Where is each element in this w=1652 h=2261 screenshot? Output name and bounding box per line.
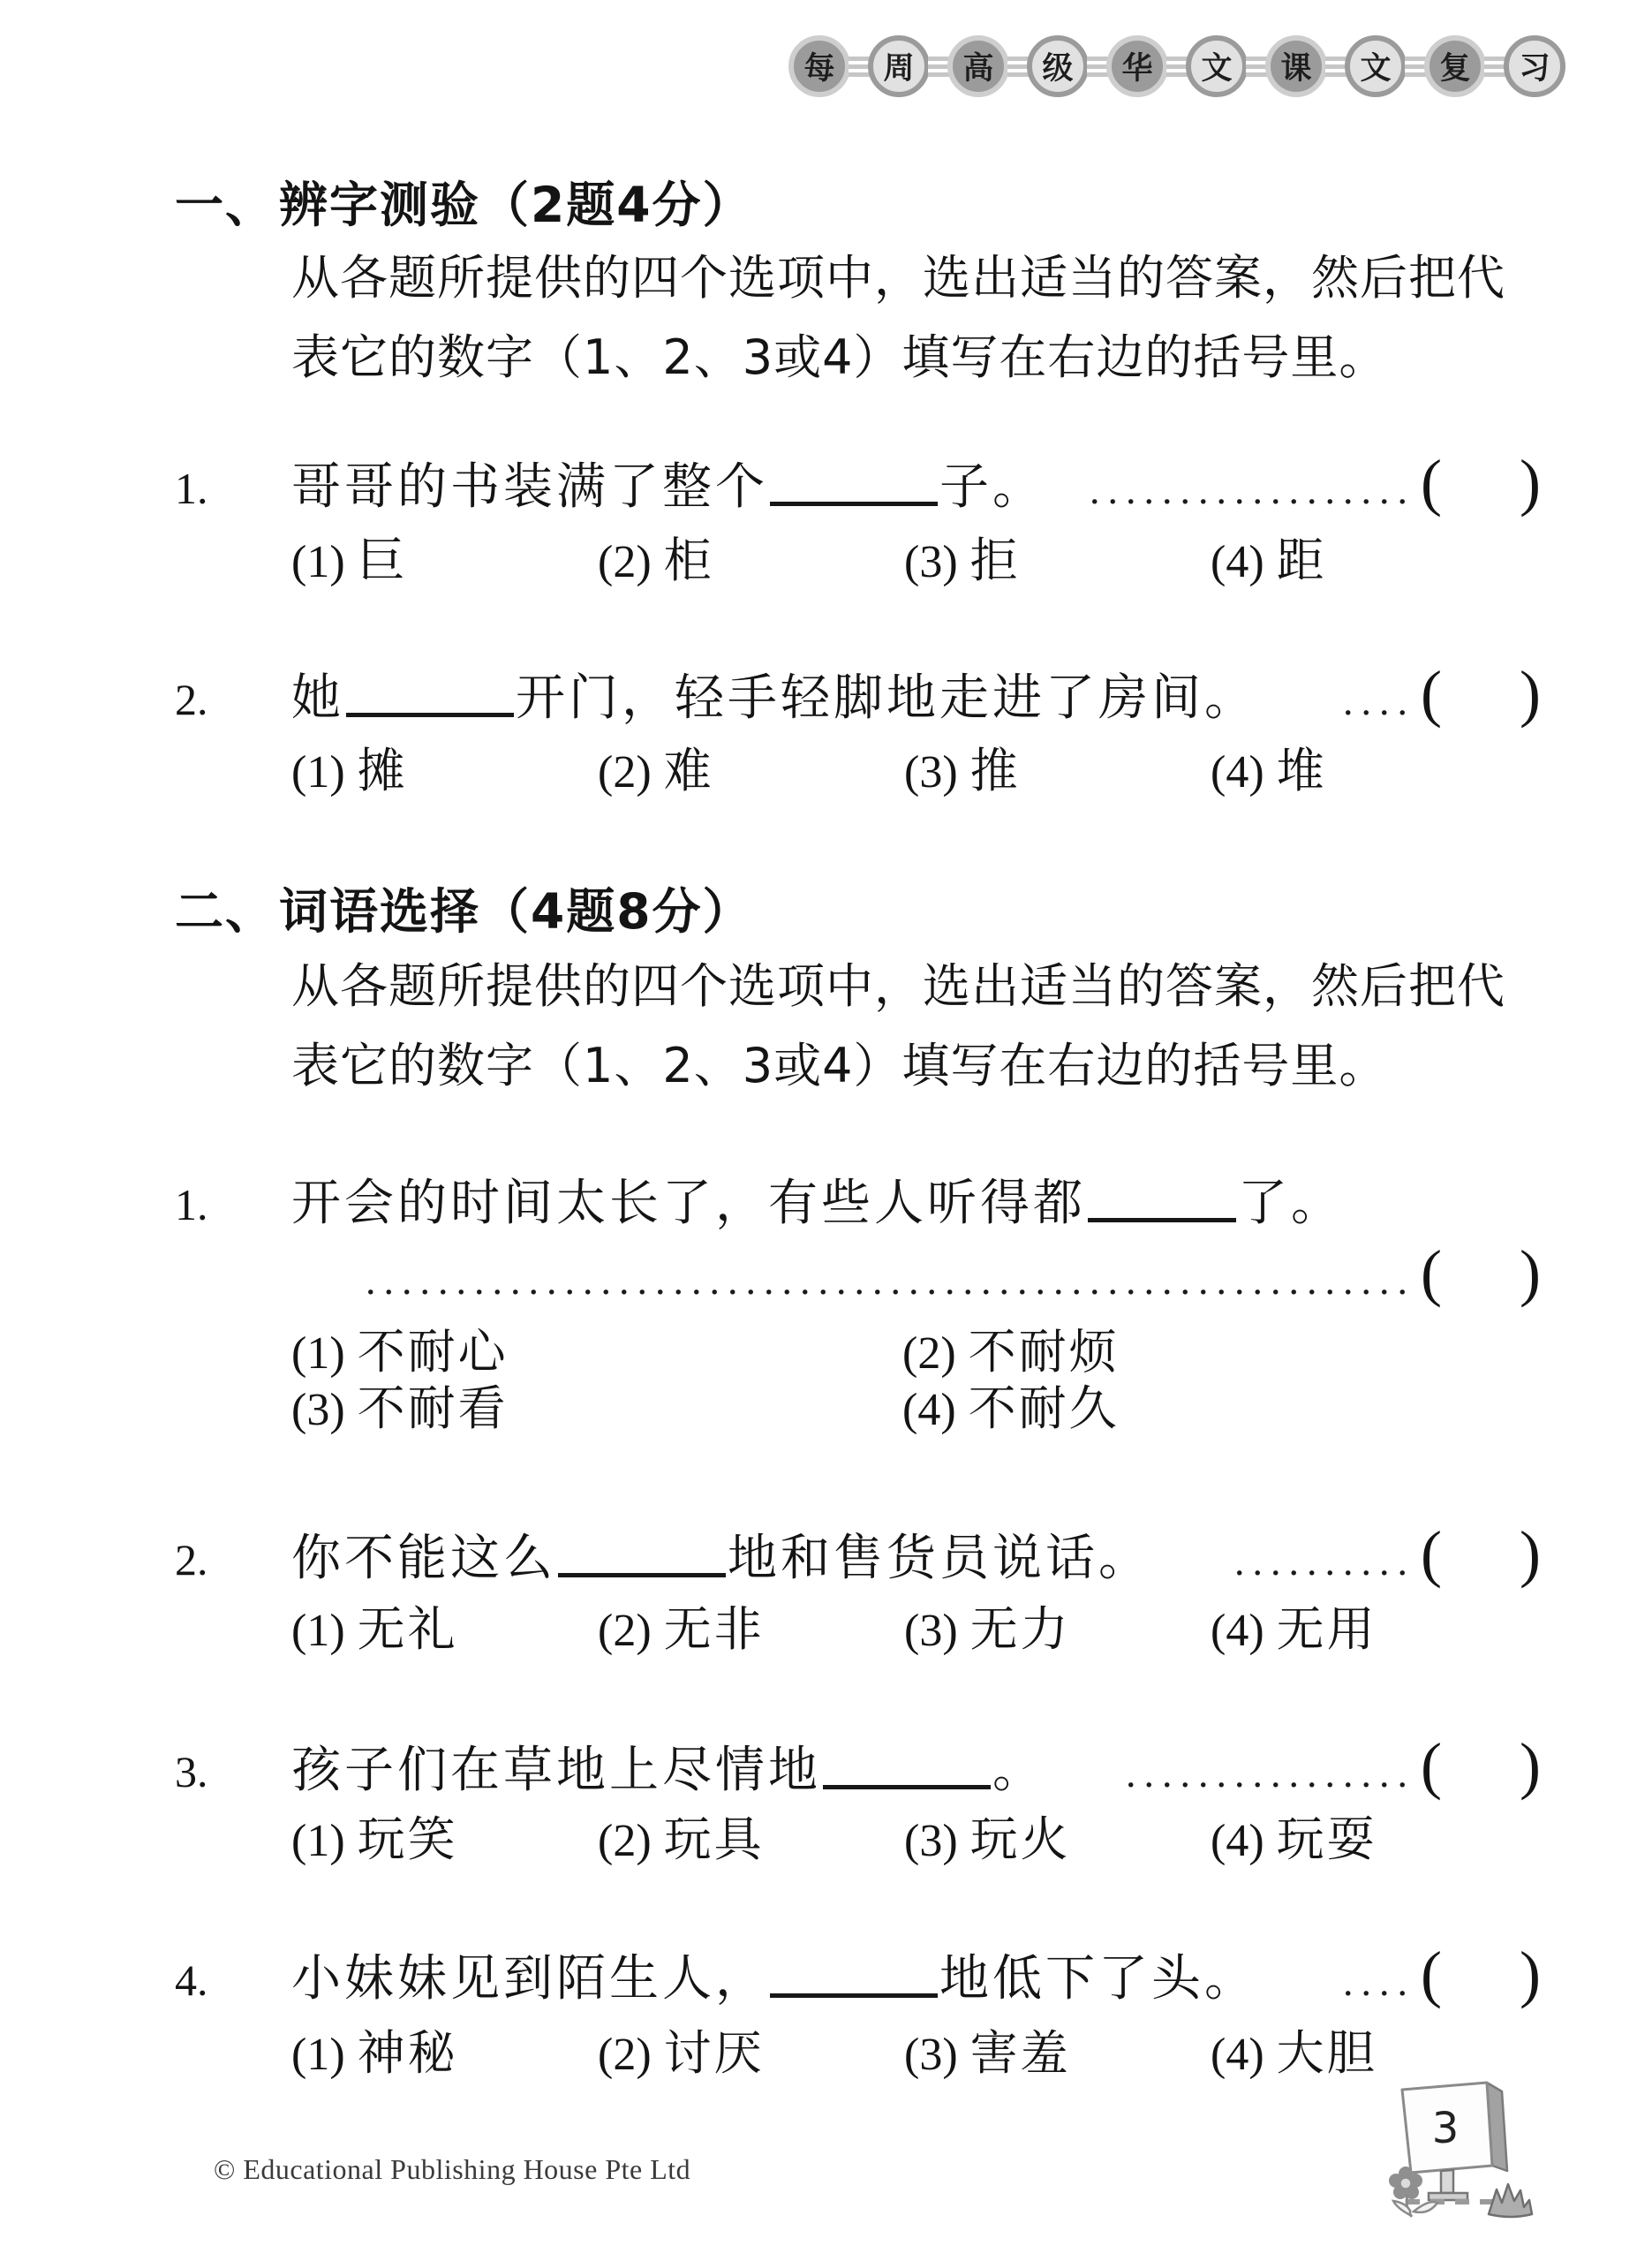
section1-heading-title: 辨字测验（2题4分） (279, 177, 753, 233)
option-label: (1) (291, 1816, 345, 1866)
option-text: 神秘 (358, 2027, 458, 2080)
section1-heading: 一、辨字测验（2题4分） (175, 166, 753, 236)
question-s1q1: 1. 哥哥的书装满了整个子。 .................. () (175, 446, 1541, 519)
option-text: 巨 (358, 534, 408, 587)
option-label: (2) (598, 1606, 652, 1656)
bracket-open: ( (1421, 446, 1442, 519)
bracket-open: ( (1421, 1517, 1442, 1591)
option-text: 拒 (970, 534, 1021, 587)
flower-icon (1389, 2166, 1437, 2217)
badge-connector (1246, 57, 1267, 77)
sentence-after-blank: 了。 (1238, 1176, 1344, 1231)
option-label: (3) (904, 2030, 958, 2080)
option-label: (3) (904, 537, 958, 587)
option-label: (4) (902, 1385, 956, 1435)
answer-blank (558, 1573, 726, 1577)
option-text: 距 (1277, 534, 1327, 587)
question-number: 2. (175, 1534, 291, 1585)
option-label: (4) (1211, 747, 1264, 798)
option-text: 柜 (664, 534, 714, 587)
option-label: (4) (1211, 537, 1264, 587)
options-s1q2: (1)摊 (2)难 (3)推 (4)堆 (291, 733, 1327, 801)
answer-blank (770, 1993, 938, 1998)
instruction-line: 从各题所提供的四个选项中，选出适当的答案，然后把代 (291, 947, 1505, 1026)
option-text: 堆 (1277, 745, 1327, 798)
option-label: (3) (904, 1606, 958, 1656)
option-1: (1)玩笑 (291, 1802, 598, 1870)
option-3: (3)害羞 (904, 2015, 1211, 2083)
question-sentence: 哥哥的书装满了整个子。 (291, 448, 1045, 518)
option-text: 玩具 (664, 1813, 765, 1866)
sentence-before-blank: 她 (291, 671, 344, 726)
question-number: 4. (175, 1955, 291, 2006)
badge-connector (1007, 57, 1029, 77)
answer-bracket: () (1421, 446, 1541, 519)
option-4: (4)大胆 (1211, 2015, 1377, 2083)
question-sentence: 小妹妹见到陌生人，地低下了头。 (291, 1940, 1257, 2010)
instruction-line: 从各题所提供的四个选项中，选出适当的答案，然后把代 (291, 238, 1505, 318)
section2-instructions: 从各题所提供的四个选项中，选出适当的答案，然后把代 表它的数字（1、2、3或4）… (291, 947, 1505, 1106)
option-label: (1) (291, 2030, 345, 2080)
option-4: (4)不耐久 (902, 1371, 1120, 1439)
answer-blank (1088, 1218, 1236, 1222)
option-4: (4)无用 (1211, 1592, 1377, 1660)
option-3: (3)无力 (904, 1592, 1211, 1660)
question-number: 1. (175, 1179, 291, 1230)
answer-bracket: () (1421, 1236, 1541, 1310)
answer-bracket: () (1421, 1517, 1541, 1591)
question-s2q4: 4. 小妹妹见到陌生人，地低下了头。 .... () (175, 1938, 1541, 2011)
question-s2q1: 1. 开会的时间太长了，有些人听得都了。 (175, 1164, 1541, 1235)
option-2: (2)柜 (598, 523, 904, 591)
bracket-close: ) (1520, 657, 1541, 730)
options-s1q1: (1)巨 (2)柜 (3)拒 (4)距 (291, 523, 1327, 591)
option-text: 玩笑 (358, 1813, 458, 1866)
dot-leader: ................ (1045, 1750, 1421, 1796)
option-2: (2)玩具 (598, 1802, 904, 1870)
option-text: 大胆 (1277, 2027, 1377, 2080)
sentence-before-blank: 开会的时间太长了，有些人听得都 (291, 1176, 1086, 1231)
section1-instructions: 从各题所提供的四个选项中，选出适当的答案，然后把代 表它的数字（1、2、3或4）… (291, 238, 1505, 397)
option-label: (3) (291, 1385, 345, 1435)
option-1: (1)巨 (291, 523, 598, 591)
grass-icon (1489, 2184, 1532, 2217)
header-badge: 周 (868, 35, 930, 97)
question-sentence: 你不能这么地和售货员说话。 (291, 1519, 1151, 1590)
option-label: (4) (1211, 1816, 1264, 1866)
option-text: 无非 (664, 1603, 765, 1656)
option-2: (2)无非 (598, 1592, 904, 1660)
option-label: (1) (291, 537, 345, 587)
sentence-after-blank: 地低下了头。 (939, 1952, 1257, 2007)
option-4: (4)距 (1211, 523, 1327, 591)
sentence-after-blank: 子。 (939, 460, 1045, 515)
dot-leader: ........................................… (291, 1257, 1421, 1304)
sentence-before-blank: 孩子们在草地上尽情地 (291, 1743, 821, 1798)
option-label: (2) (598, 2030, 652, 2080)
sentence-after-blank: 地和售货员说话。 (728, 1531, 1151, 1586)
answer-blank (346, 713, 514, 717)
options-s2q4: (1)神秘 (2)讨厌 (3)害羞 (4)大胆 (291, 2015, 1377, 2083)
badge-connector (849, 57, 870, 77)
header-badge: 高 (947, 35, 1009, 97)
badge-connector (928, 57, 949, 77)
bracket-close: ) (1520, 1236, 1541, 1310)
badge-connector (1166, 57, 1188, 77)
option-text: 摊 (358, 745, 408, 798)
option-3: (3)玩火 (904, 1802, 1211, 1870)
dot-leader: .................. (1045, 466, 1421, 513)
question-s1q2: 2. 她开门，轻手轻脚地走进了房间。 .... () (175, 657, 1541, 730)
options-s2q2: (1)无礼 (2)无非 (3)无力 (4)无用 (291, 1592, 1377, 1660)
section2-heading: 二、词语选择（4题8分） (175, 873, 753, 942)
bracket-open: ( (1421, 1729, 1442, 1803)
sentence-before-blank: 你不能这么 (291, 1531, 556, 1586)
option-2: (2)难 (598, 733, 904, 801)
header-badge: 级 (1027, 35, 1089, 97)
question-number: 3. (175, 1746, 291, 1797)
option-text: 无礼 (358, 1603, 458, 1656)
answer-bracket: () (1421, 1729, 1541, 1803)
bracket-close: ) (1520, 1517, 1541, 1591)
answer-bracket: () (1421, 657, 1541, 730)
option-text: 无力 (970, 1603, 1071, 1656)
option-text: 不耐久 (969, 1382, 1120, 1435)
sentence-after-blank: 开门，轻手轻脚地走进了房间。 (516, 671, 1257, 726)
option-label: (2) (598, 747, 652, 798)
instruction-line: 表它的数字（1、2、3或4）填写在右边的括号里。 (291, 1026, 1505, 1106)
sign-post (1441, 2170, 1453, 2193)
page-number: 3 (1432, 2104, 1460, 2153)
sentence-after-blank: 。 (992, 1743, 1045, 1798)
header-badge: 课 (1265, 35, 1327, 97)
header-badge: 文 (1345, 35, 1407, 97)
options-s2q1-row2: (3)不耐看 (4)不耐久 (291, 1371, 1120, 1439)
instruction-line: 表它的数字（1、2、3或4）填写在右边的括号里。 (291, 318, 1505, 397)
answer-bracket: () (1421, 1938, 1541, 2011)
option-2: (2)讨厌 (598, 2015, 904, 2083)
option-label: (2) (598, 1816, 652, 1866)
question-sentence: 她开门，轻手轻脚地走进了房间。 (291, 659, 1257, 730)
question-s2q1-leader-row: ........................................… (291, 1236, 1541, 1310)
option-text: 讨厌 (664, 2027, 765, 2080)
option-text: 不耐看 (358, 1382, 509, 1435)
option-label: (1) (291, 747, 345, 798)
option-label: (2) (598, 537, 652, 587)
section2-heading-marker: 二、 (175, 883, 275, 940)
question-s2q3: 3. 孩子们在草地上尽情地。 ................ () (175, 1729, 1541, 1803)
bracket-open: ( (1421, 657, 1442, 730)
answer-blank (770, 502, 938, 506)
question-number: 1. (175, 463, 291, 514)
bracket-close: ) (1520, 446, 1541, 519)
option-1: (1)神秘 (291, 2015, 598, 2083)
option-text: 难 (664, 745, 714, 798)
copyright-line: © Educational Publishing House Pte Ltd (214, 2153, 690, 2186)
header-badges: 每周高级华文课文复习 (788, 35, 1565, 97)
header-badge: 习 (1504, 35, 1565, 97)
option-4: (4)堆 (1211, 733, 1327, 801)
section1-heading-marker: 一、 (175, 177, 275, 233)
sentence-before-blank: 哥哥的书装满了整个 (291, 460, 768, 515)
bracket-open: ( (1421, 1236, 1442, 1310)
dot-leader: .... (1257, 677, 1421, 724)
option-3: (3)拒 (904, 523, 1211, 591)
bracket-close: ) (1520, 1729, 1541, 1803)
option-4: (4)玩耍 (1211, 1802, 1377, 1870)
badge-connector (1087, 57, 1108, 77)
question-s2q2: 2. 你不能这么地和售货员说话。 .......... () (175, 1517, 1541, 1591)
question-sentence: 开会的时间太长了，有些人听得都了。 (291, 1164, 1344, 1235)
option-label: (1) (291, 1606, 345, 1656)
header-badge: 华 (1106, 35, 1168, 97)
page-number-sign: 3 (1384, 2077, 1565, 2234)
dot-leader: .......... (1151, 1538, 1421, 1584)
option-text: 玩耍 (1277, 1813, 1377, 1866)
sentence-before-blank: 小妹妹见到陌生人， (291, 1952, 768, 2007)
option-text: 玩火 (970, 1813, 1071, 1866)
page-sign-illustration: 3 (1384, 2077, 1565, 2229)
option-1: (1)无礼 (291, 1592, 598, 1660)
option-label: (4) (1211, 2030, 1264, 2080)
option-text: 无用 (1277, 1603, 1377, 1656)
header-badge: 每 (788, 35, 850, 97)
bracket-open: ( (1421, 1938, 1442, 2011)
section2-heading-title: 词语选择（4题8分） (279, 883, 753, 940)
badge-connector (1325, 57, 1346, 77)
option-1: (1)摊 (291, 733, 598, 801)
header-badge: 复 (1424, 35, 1486, 97)
question-number: 2. (175, 674, 291, 725)
bracket-close: ) (1520, 1938, 1541, 2011)
option-text: 害羞 (970, 2027, 1071, 2080)
answer-blank (823, 1785, 991, 1789)
option-label: (4) (1211, 1606, 1264, 1656)
option-text: 推 (970, 745, 1021, 798)
option-label: (3) (904, 1816, 958, 1866)
badge-connector (1405, 57, 1426, 77)
option-3: (3)不耐看 (291, 1371, 902, 1439)
badge-connector (1484, 57, 1505, 77)
options-s2q3: (1)玩笑 (2)玩具 (3)玩火 (4)玩耍 (291, 1802, 1377, 1870)
option-label: (3) (904, 747, 958, 798)
sign-post-base (1429, 2193, 1467, 2200)
option-3: (3)推 (904, 733, 1211, 801)
header-badge: 文 (1186, 35, 1248, 97)
question-sentence: 孩子们在草地上尽情地。 (291, 1731, 1045, 1802)
dot-leader: .... (1257, 1958, 1421, 2005)
